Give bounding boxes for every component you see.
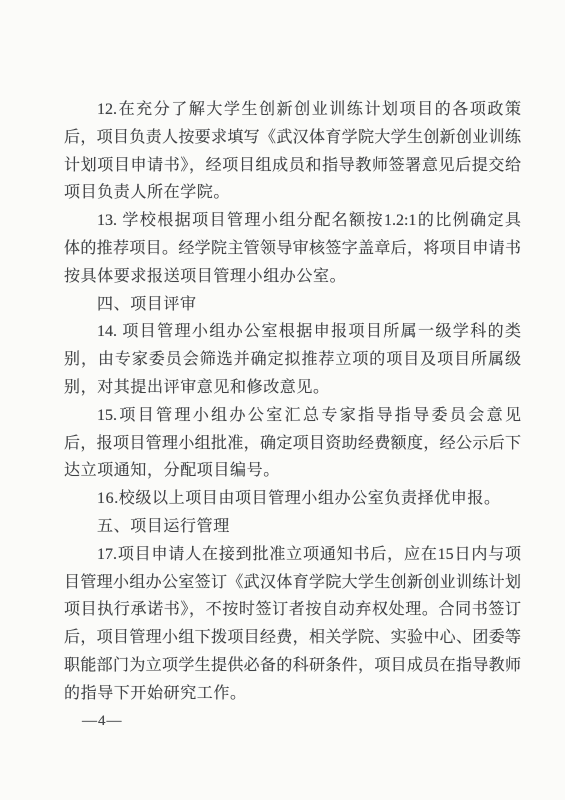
text-line: 别，由专家委员会筛选并确定拟推荐立项的项目及项目所属级 <box>64 346 521 374</box>
text-line: 项目执行承诺书》，不按时签订者按自动弃权处理。合同书签订 <box>64 596 521 624</box>
text-line: 17.项目申请人在接到批准立项通知书后，应在15日内与项 <box>64 541 521 569</box>
text-line: 13. 学校根据项目管理小组分配名额按1.2:1的比例确定具 <box>64 207 521 235</box>
page-number: —4— <box>82 711 123 731</box>
text-line: 16.校级以上项目由项目管理小组办公室负责择优申报。 <box>64 485 521 513</box>
text-line: 达立项通知，分配项目编号。 <box>64 457 521 485</box>
text-line: 后，报项目管理小组批准，确定项目资助经费额度，经公示后下 <box>64 430 521 458</box>
section-heading-project-operation: 五、项目运行管理 <box>64 513 521 541</box>
section-heading-project-review: 四、项目评审 <box>64 291 521 319</box>
text-line: 按具体要求报送项目管理小组办公室。 <box>64 263 521 291</box>
text-line: 15.项目管理小组办公室汇总专家指导指导委员会意见 <box>64 402 521 430</box>
text-line: 别，对其提出评审意见和修改意见。 <box>64 374 521 402</box>
text-line: 的指导下开始研究工作。 <box>64 680 521 708</box>
text-line: 14. 项目管理小组办公室根据申报项目所属一级学科的类 <box>64 318 521 346</box>
text-line: 12.在充分了解大学生创新创业训练计划项目的各项政策 <box>64 96 521 124</box>
text-line: 计划项目申请书》，经项目组成员和指导教师签署意见后提交给 <box>64 152 521 180</box>
text-line: 项目负责人所在学院。 <box>64 179 521 207</box>
text-line: 目管理小组办公室签订《武汉体育学院大学生创新创业训练计划 <box>64 569 521 597</box>
text-line: 后，项目管理小组下拨项目经费，相关学院、实验中心、团委等 <box>64 624 521 652</box>
text-line: 职能部门为立项学生提供必备的科研条件，项目成员在指导教师 <box>64 652 521 680</box>
text-line: 体的推荐项目。经学院主管领导审核签字盖章后，将项目申请书 <box>64 235 521 263</box>
document-body: 12.在充分了解大学生创新创业训练计划项目的各项政策 后，项目负责人按要求填写《… <box>64 96 521 708</box>
document-page: 12.在充分了解大学生创新创业训练计划项目的各项政策 后，项目负责人按要求填写《… <box>0 0 565 800</box>
text-line: 后，项目负责人按要求填写《武汉体育学院大学生创新创业训练 <box>64 124 521 152</box>
